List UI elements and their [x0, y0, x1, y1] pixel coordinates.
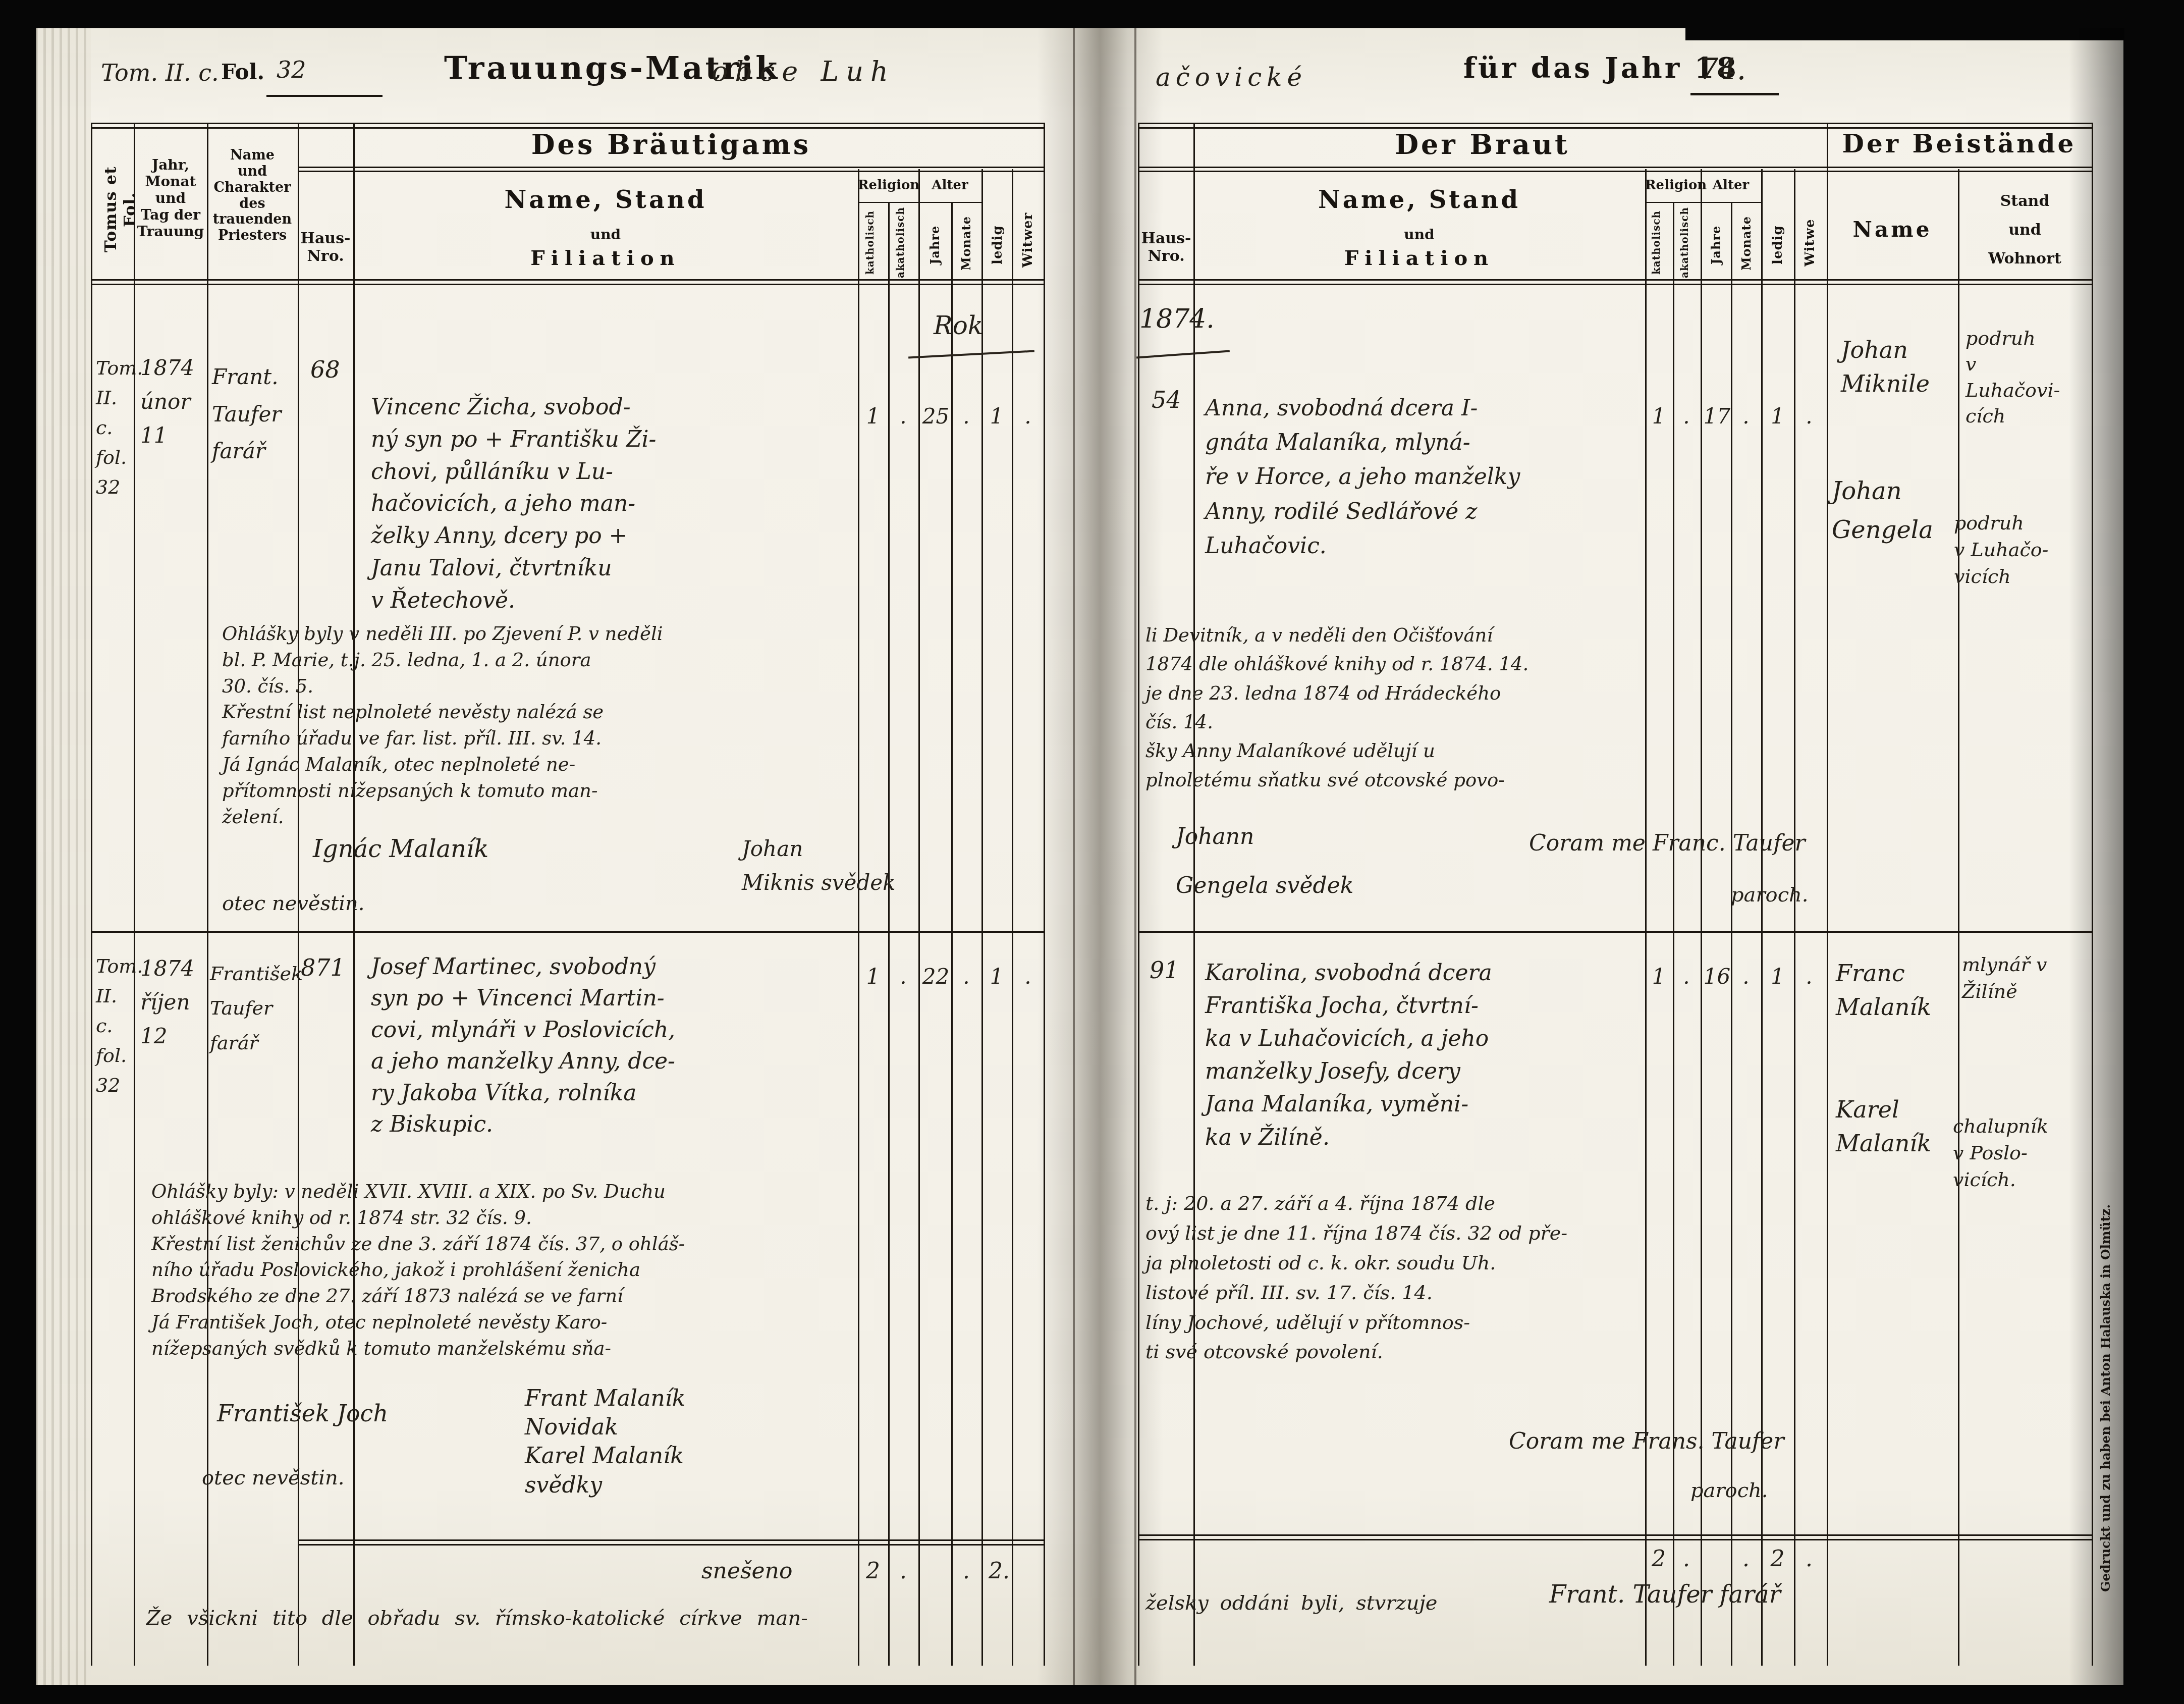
section-header-groom: Des Bräutigams [298, 129, 1045, 161]
book-gutter-shadow [1037, 28, 1163, 1686]
record-1-rok-note: Rok [934, 308, 983, 344]
record-2-bride-katholisch: 1 [1646, 962, 1671, 992]
record-2-bride-name-filiation: Karolina, svobodná dcera Františka Jocha… [1205, 956, 1649, 1154]
gutter-crease [1073, 28, 1075, 1686]
column-header-monate-right: Monate [1739, 208, 1754, 279]
rule [1827, 123, 1828, 1666]
column-header-haus-right: Haus- Nro. [1139, 230, 1193, 265]
record-1-bride-ledig: 1 [1764, 401, 1791, 432]
column-header-haus-left: Haus- Nro. [299, 230, 352, 265]
summary-right-dot: . [1674, 1543, 1699, 1575]
column-header-und-left: und [353, 226, 858, 243]
record-1-groom-witwer: . [1015, 401, 1041, 432]
rule [1138, 167, 2092, 168]
record-2-bride-witwe: . [1796, 962, 1822, 992]
column-header-monate-left: Monate [959, 208, 973, 279]
record-2-date: 1874 říjen 12 [140, 951, 206, 1053]
record-1-coram-signature: Coram me Franc. Taufer [1529, 828, 1806, 859]
summary-label: snešeno [701, 1556, 792, 1587]
column-header-name-stand-right: Name, Stand [1193, 186, 1645, 215]
scan-edge-left [0, 0, 36, 1704]
record-1-witness-1-stand: podruh v Luhačovi- cích [1965, 326, 2089, 429]
summary-left-ledig-total: 2. [984, 1556, 1014, 1587]
rule [1138, 123, 1139, 1666]
record-2-bride-jahre: 16 [1703, 962, 1731, 992]
record-1-witness-signature-left-page: Johan Miknis svědek [742, 832, 896, 899]
column-header-akatholisch-left: akatholisch [894, 206, 906, 279]
record-1-bride-akatholisch: . [1674, 401, 1699, 432]
rule [1044, 123, 1045, 1666]
record-1-date: 1874 únor 11 [140, 351, 206, 453]
summary-right-katholisch-total: 2 [1646, 1543, 1671, 1575]
record-2-tomus: Tom. II. c. fol. 32 [96, 951, 134, 1100]
rule [858, 169, 859, 1666]
column-header-ledig-right: ledig [1770, 212, 1785, 278]
rule [91, 284, 1045, 285]
rule [1138, 931, 2092, 933]
column-header-alter-left: Alter [918, 178, 981, 193]
scan-edge-bottom [0, 1685, 2184, 1704]
record-2-witness-2-stand: chalupník v Poslo- vicích. [1953, 1113, 2084, 1194]
record-2-bride-ledig: 1 [1764, 962, 1791, 992]
gutter-crease [1134, 28, 1136, 1686]
record-2-groom-ledig: 1 [984, 962, 1009, 992]
column-header-katholisch-right: katholisch [1650, 206, 1662, 279]
rule [1958, 169, 1959, 1666]
record-1-groom-banns-notes: Ohlášky byly v neděli III. po Zjevení P.… [222, 621, 1050, 830]
column-header-jahre-right: Jahre [1709, 212, 1723, 278]
record-2-groom-katholisch: 1 [860, 962, 886, 992]
column-header-witness-stand: Stand und Wohnort [1958, 187, 2092, 273]
record-1-tomus: Tom. II. c. fol. 32 [96, 353, 134, 502]
record-1-bride-name-filiation: Anna, svobodná dcera I- gnáta Malaníka, … [1205, 391, 1649, 563]
record-2-groom-name-filiation: Josef Martinec, svobodný syn po + Vincen… [371, 951, 860, 1141]
rule [981, 169, 983, 1666]
summary-right-ledig-total: 2 [1764, 1543, 1791, 1575]
year-value-handwritten: 74. [1700, 48, 1746, 90]
record-1-groom-katholisch: 1 [860, 401, 886, 432]
record-2-groom-witwer: . [1015, 962, 1041, 992]
record-1-bride-banns-notes: li Devitník, a v neděli den Očišťování 1… [1145, 621, 1812, 794]
record-1-witness-2-stand: podruh v Luhačo- vicích [1954, 510, 2080, 591]
column-header-witwe: Witwe [1803, 206, 1818, 279]
record-1-year-note: 1874. [1139, 301, 1215, 338]
rule [951, 203, 953, 1666]
attestation-sentence-left: Že všickni tito dle obřadu sv. římsko-ka… [146, 1604, 1065, 1633]
rule [298, 171, 1045, 172]
folio-underline [266, 95, 383, 97]
rule [2092, 123, 2093, 1666]
rule [134, 123, 135, 1666]
rule [207, 123, 208, 1666]
summary-left-dot: . [954, 1556, 979, 1587]
record-1-witness-1-name: Johan Miknile [1841, 333, 1957, 400]
rule [1138, 123, 2092, 124]
folio-number-handwritten: 32 [277, 54, 306, 86]
record-1-witness-signature-right-page: Johann Gengela svědek [1176, 813, 1353, 911]
column-header-witwer: Witwer [1020, 202, 1035, 278]
column-header-name-stand-left: Name, Stand [353, 186, 858, 215]
record-2-coram-signature: Coram me Frans. Taufer [1509, 1426, 1784, 1457]
summary-left-katholisch-total: 2 [860, 1556, 886, 1587]
folio-label-printed: Fol. [221, 60, 264, 85]
column-header-religion-right: Religion [1645, 178, 1701, 193]
record-2-bride-akatholisch: . [1674, 962, 1699, 992]
column-header-akatholisch-right: akatholisch [1678, 206, 1690, 279]
rule [1138, 171, 2092, 172]
record-2-groom-jahre: 22 [922, 962, 950, 992]
rule [1138, 1534, 2092, 1536]
page-curl-shadow [2069, 28, 2124, 1686]
printer-imprint: Gedruckt und zu haben bei Anton Halauska… [2098, 1171, 2113, 1625]
column-header-priest: Name und Charakter des trauenden Prieste… [208, 147, 297, 244]
rule [1012, 169, 1013, 1666]
record-1-groom-jahre: 25 [922, 401, 950, 432]
record-2-coram-title: paroch. [1690, 1476, 1768, 1505]
parish-name-handwritten-right: ačovické [1156, 60, 1307, 95]
record-1-witness-2-name: Johan Gengela [1832, 472, 1958, 550]
year-label-printed: für das Jahr 18 [1463, 51, 1739, 85]
record-1-groom-name-filiation: Vincenc Žicha, svobod- ný syn po + Frant… [371, 391, 855, 617]
attestation-sentence-right: želsky oddáni byli, stvrzuje [1145, 1589, 1600, 1618]
record-2-father-signature: František Joch [217, 1397, 388, 1430]
record-1-bride-monate: . [1733, 401, 1759, 432]
column-header-filiation-left: Filiation [353, 246, 858, 270]
column-header-religion-left: Religion [858, 178, 918, 193]
rule [91, 279, 1045, 281]
scan-edge-right [2123, 0, 2184, 1704]
record-1-bride-haus-nro: 54 [1152, 384, 1181, 416]
record-2-witness-1-name: Franc Malaník [1836, 956, 1954, 1024]
section-header-witnesses: Der Beistände [1827, 129, 2092, 158]
record-1-groom-monate: . [954, 401, 979, 432]
record-2-groom-banns-notes: Ohlášky byly: v neděli XVII. XVIII. a XI… [151, 1179, 1070, 1362]
rule [918, 169, 920, 1666]
folio-annotation-handwritten: Tom. II. c. [101, 57, 219, 89]
summary-right-dot: . [1733, 1543, 1759, 1575]
record-1-bride-jahre: 17 [1703, 401, 1731, 432]
rule [91, 123, 92, 1666]
attestation-priest-signature: Frant. Taufer farář [1549, 1577, 1781, 1612]
column-header-filiation-right: Filiation [1193, 246, 1645, 270]
column-header-witness-name: Name [1827, 217, 1958, 242]
record-1-bride-katholisch: 1 [1646, 401, 1671, 432]
rule [298, 1539, 1045, 1541]
rule [1138, 1539, 2092, 1540]
rule [91, 123, 1045, 124]
summary-left-dot: . [891, 1556, 916, 1587]
rule [1138, 284, 2092, 285]
column-header-und-right: und [1193, 226, 1645, 243]
column-header-ledig-left: ledig [990, 212, 1005, 278]
rule [298, 167, 1045, 168]
record-2-bride-banns-notes: t. j: 20. a 27. září a 4. října 1874 dle… [1145, 1189, 1817, 1367]
record-2-witness-2-name: Karel Malaník [1836, 1093, 1954, 1160]
record-1-father-signature: Ignác Malaník [313, 832, 488, 866]
rule [888, 203, 890, 1666]
rule [1645, 202, 1761, 203]
record-2-witness-1-stand: mlynář v Žilíně [1962, 951, 2088, 1005]
record-2-groom-akatholisch: . [891, 962, 916, 992]
record-2-bride-haus-nro: 91 [1150, 954, 1179, 987]
rule [91, 931, 1045, 933]
column-header-alter-right: Alter [1701, 178, 1761, 193]
year-underline [1690, 93, 1779, 95]
scanned-marriage-register: Tom. II. c. Fol. 32 Trauungs-Matrik obce… [0, 0, 2184, 1704]
record-2-groom-haus-nro: 871 [301, 951, 345, 984]
column-header-date: Jahr, Monat und Tag der Trauung [135, 156, 206, 240]
record-1-groom-ledig: 1 [984, 401, 1009, 432]
record-2-groom-monate: . [954, 962, 979, 992]
record-1-groom-akatholisch: . [891, 401, 916, 432]
section-header-bride: Der Braut [1138, 129, 1827, 161]
column-header-katholisch-left: katholisch [864, 206, 876, 279]
parish-name-handwritten-left: obce Luh [712, 52, 895, 91]
rule [1138, 279, 2092, 281]
record-2-father-role: otec nevěstin. [202, 1464, 345, 1493]
record-1-coram-title: paroch. [1731, 881, 1809, 910]
rule [298, 1544, 1045, 1546]
record-2-bride-monate: . [1733, 962, 1759, 992]
summary-right-dot: . [1796, 1543, 1822, 1575]
column-header-jahre-left: Jahre [927, 212, 942, 278]
rule [1794, 169, 1795, 1666]
record-1-father-role: otec nevěstin. [222, 889, 365, 918]
record-1-priest: Frant. Taufer farář [212, 358, 298, 470]
record-1-groom-haus-nro: 68 [310, 353, 340, 386]
record-1-bride-witwe: . [1796, 401, 1822, 432]
book-page-edges [35, 28, 91, 1686]
record-2-witness-signatures-left-page: Frant Malaník Novidak Karel Malaník svěd… [525, 1384, 685, 1500]
record-2-priest: František Taufer farář [210, 956, 298, 1060]
column-header-tomus: Tomus et Fol. [101, 146, 139, 273]
